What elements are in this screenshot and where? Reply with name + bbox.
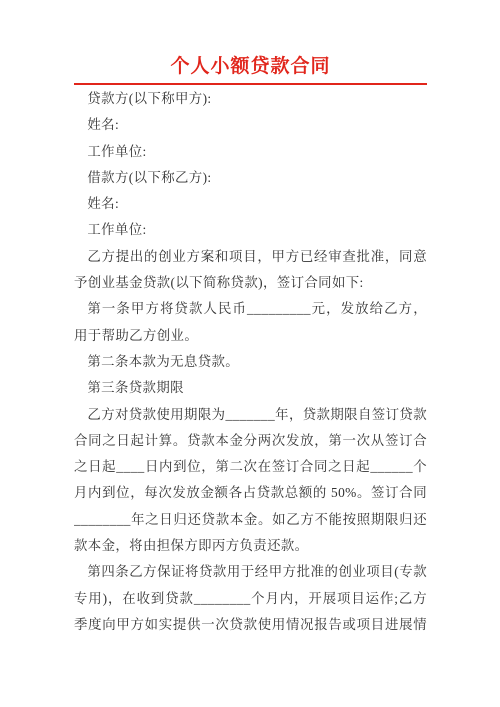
document-line: 第一条甲方将贷款人民币_________元，发放给乙方，专: [74, 296, 427, 322]
contract-sheet: 个人小额贷款合同 贷款方(以下称甲方):姓名:工作单位:借款方(以下称乙方):姓…: [74, 0, 427, 638]
document-line: 借款方(以下称乙方):: [74, 165, 427, 191]
document-line: 季度向甲方如实提供一次贷款使用情况报告或项目进展情: [74, 612, 427, 638]
document-line: 工作单位:: [74, 217, 427, 243]
document-line: 合同之日起计算。贷款本金分两次发放，第一次从签订合同: [74, 428, 427, 454]
document-line: 月内到位，每次发放金额各占贷款总额的 50%。签订合同: [74, 480, 427, 506]
document-body: 贷款方(以下称甲方):姓名:工作单位:借款方(以下称乙方):姓名:工作单位:乙方…: [74, 85, 427, 638]
document-line: 工作单位:: [74, 139, 427, 165]
document-line: 第四条乙方保证将贷款用于经甲方批准的创业项目(专款: [74, 559, 427, 585]
document-title: 个人小额贷款合同: [170, 56, 330, 77]
document-line: 第二条本款为无息贷款。: [74, 349, 427, 375]
title-block: 个人小额贷款合同: [74, 0, 427, 85]
document-line: ________年之日归还贷款本金。如乙方不能按照期限归还贷: [74, 507, 427, 533]
document-line: 姓名:: [74, 191, 427, 217]
document-line: 专用)，在收到贷款________个月内，开展项目运作;乙方每: [74, 586, 427, 612]
document-line: 予创业基金贷款(以下简称贷款)，签订合同如下:: [74, 270, 427, 296]
document-line: 用于帮助乙方创业。: [74, 323, 427, 349]
document-line: 乙方对贷款使用期限为_______年，贷款期限自签订贷款: [74, 402, 427, 428]
document-line: 之日起____日内到位，第二次在签订合同之日起______个: [74, 454, 427, 480]
document-line: 第三条贷款期限: [74, 375, 427, 401]
document-line: 贷款方(以下称甲方):: [74, 86, 427, 112]
document-line: 姓名:: [74, 112, 427, 138]
contract-page: 个人小额贷款合同 贷款方(以下称甲方):姓名:工作单位:借款方(以下称乙方):姓…: [0, 0, 500, 707]
document-line: 款本金，将由担保方即丙方负责还款。: [74, 533, 427, 559]
document-line: 乙方提出的创业方案和项目，甲方已经审查批准，同意给: [74, 244, 427, 270]
